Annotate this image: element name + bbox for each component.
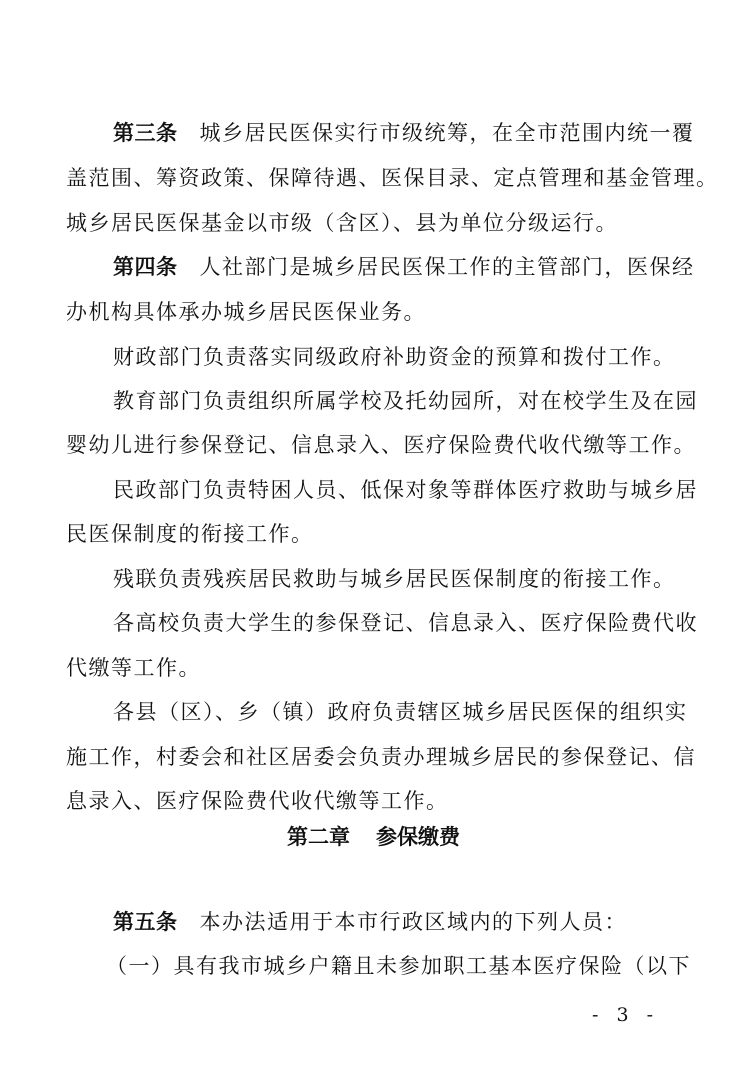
article-5-line-2: （一）具有我市城乡户籍且未参加职工基本医疗保险（以下 — [106, 952, 747, 980]
paragraph-education-line-2: 婴幼儿进行参保登记、信息录入、医疗保险费代收代缴等工作。 — [66, 431, 747, 459]
paragraph-education-line-1: 教育部门负责组织所属学校及托幼园所，对在校学生及在园 — [113, 387, 747, 415]
article-3-line-2: 盖范围、筹资政策、保障待遇、医保目录、定点管理和基金管理。 — [66, 164, 747, 192]
chapter-number: 第二章 — [287, 825, 350, 849]
article-4-line-2: 办机构具体承办城乡居民医保业务。 — [66, 298, 747, 326]
article-3-label: 第三条 — [113, 121, 178, 145]
article-5-line-1: 第五条本办法适用于本市行政区域内的下列人员： — [113, 908, 747, 936]
chapter-title: 参保缴费 — [376, 825, 460, 849]
article-5-label: 第五条 — [113, 910, 178, 934]
paragraph-universities-line-2: 代缴等工作。 — [66, 654, 747, 682]
paragraph-county-line-2: 施工作，村委会和社区居委会负责办理城乡居民的参保登记、信 — [66, 743, 747, 771]
paragraph-county-line-3: 息录入、医疗保险费代收代缴等工作。 — [66, 787, 747, 815]
chapter-heading: 第二章参保缴费 — [0, 823, 747, 851]
paragraph-universities-line-1: 各高校负责大学生的参保登记、信息录入、医疗保险费代收 — [113, 609, 747, 637]
paragraph-civil-affairs-line-2: 民医保制度的衔接工作。 — [66, 520, 747, 548]
article-4-label: 第四条 — [113, 255, 178, 279]
article-4-line-1: 第四条人社部门是城乡居民医保工作的主管部门，医保经 — [113, 253, 747, 281]
paragraph-finance: 财政部门负责落实同级政府补助资金的预算和拨付工作。 — [113, 343, 747, 371]
paragraph-county-line-1: 各县（区）、乡（镇）政府负责辖区城乡居民医保的组织实 — [113, 698, 747, 726]
article-3-line-1: 第三条城乡居民医保实行市级统筹，在全市范围内统一覆 — [113, 119, 747, 147]
page-number: - 3 - — [592, 1003, 659, 1027]
article-3-line-3: 城乡居民医保基金以市级（含区）、县为单位分级运行。 — [66, 209, 747, 237]
paragraph-civil-affairs-line-1: 民政部门负责特困人员、低保对象等群体医疗救助与城乡居 — [113, 476, 747, 504]
paragraph-disabled-federation: 残联负责残疾居民救助与城乡居民医保制度的衔接工作。 — [113, 565, 747, 593]
